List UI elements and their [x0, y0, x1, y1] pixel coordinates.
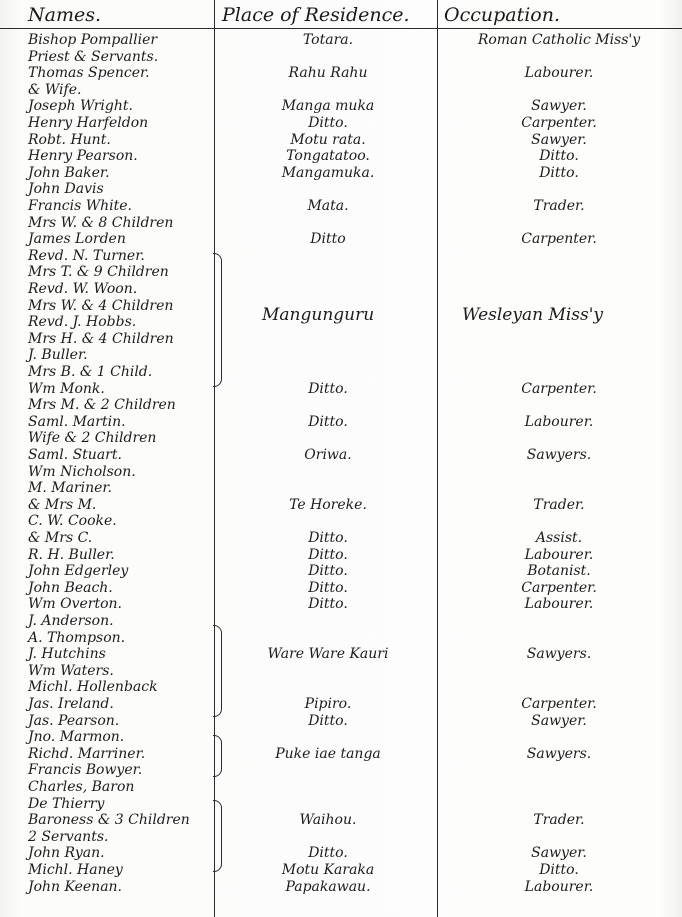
register-row: Francis White.Mata.Trader.	[0, 198, 682, 215]
entry-occupation: Assist.	[440, 530, 678, 547]
register-row: J. Buller.	[0, 347, 682, 364]
entry-name: & Mrs M.	[28, 497, 213, 514]
entry-name: Mrs M. & 2 Children	[28, 397, 213, 414]
entry-occupation: Labourer.	[440, 596, 678, 613]
register-row: Henry HarfeldonDitto.Carpenter.	[0, 115, 682, 132]
entry-place: Ditto.	[218, 563, 438, 580]
entry-name: Mrs B. & 1 Child.	[28, 364, 213, 381]
entry-place: Motu rata.	[218, 132, 438, 149]
register-row: John Beach.Ditto.Carpenter.	[0, 580, 682, 597]
register-row: Jas. Pearson.Ditto.Sawyer.	[0, 713, 682, 730]
register-row: Mrs M. & 2 Children	[0, 397, 682, 414]
register-row: Thomas Spencer.Rahu RahuLabourer.	[0, 65, 682, 82]
entry-name: Revd. W. Woon.	[28, 281, 213, 298]
entry-occupation: Trader.	[440, 198, 678, 215]
entry-name: Mrs H. & 4 Children	[28, 331, 213, 348]
entry-occupation: Ditto.	[440, 148, 678, 165]
entry-name: J. Anderson.	[28, 613, 213, 630]
entry-name: Saml. Martin.	[28, 414, 213, 431]
entry-occupation: Roman Catholic Miss'y	[440, 32, 678, 49]
brace-sawyers	[213, 625, 222, 717]
entry-name: Jas. Ireland.	[28, 696, 213, 713]
entry-occupation: Carpenter.	[440, 381, 678, 398]
entry-place: Ditto.	[218, 547, 438, 564]
register-row: Mrs W. & 8 Children	[0, 215, 682, 232]
header-place: Place of Residence.	[222, 4, 410, 26]
entry-name: J. Hutchins	[28, 646, 213, 663]
register-row: Jno. Marmon.	[0, 729, 682, 746]
register-row: Joseph Wright.Manga mukaSawyer.	[0, 98, 682, 115]
entry-name: Henry Pearson.	[28, 148, 213, 165]
entry-name: James Lorden	[28, 231, 213, 248]
entry-place: Ditto	[218, 231, 438, 248]
entry-place: Ditto.	[218, 115, 438, 132]
entry-occupation: Sawyers.	[440, 746, 678, 763]
register-row: Francis Bowyer.	[0, 762, 682, 779]
entry-place: Ditto.	[218, 381, 438, 398]
register-row: Mrs H. & 4 Children	[0, 331, 682, 348]
entry-occupation: Sawyers.	[440, 447, 678, 464]
register-row: John Ryan.Ditto.Sawyer.	[0, 845, 682, 862]
register-row: John Keenan.Papakawau.Labourer.	[0, 879, 682, 896]
entry-name: & Wife.	[28, 82, 213, 99]
register-row: Bishop PompallierTotara.Roman Catholic M…	[0, 32, 682, 49]
register-row: Michl. Hollenback	[0, 679, 682, 696]
register-row: & Mrs C.Ditto.Assist.	[0, 530, 682, 547]
entry-place: Totara.	[218, 32, 438, 49]
entry-name: R. H. Buller.	[28, 547, 213, 564]
entry-name: John Beach.	[28, 580, 213, 597]
register-row: Henry Pearson.Tongatatoo.Ditto.	[0, 148, 682, 165]
register-row: Wife & 2 Children	[0, 430, 682, 447]
entry-place: Te Horeke.	[218, 497, 438, 514]
entry-place: Waihou.	[218, 812, 438, 829]
entry-name: Wm Monk.	[28, 381, 213, 398]
group-place-label: Mangunguru	[262, 305, 374, 325]
entry-place: Rahu Rahu	[218, 65, 438, 82]
entry-name: Michl. Hollenback	[28, 679, 213, 696]
entry-place: Puke iae tanga	[218, 746, 438, 763]
entry-name: Revd. J. Hobbs.	[28, 314, 213, 331]
register-row: John Baker.Mangamuka.Ditto.	[0, 165, 682, 182]
entry-place: Mata.	[218, 198, 438, 215]
entry-name: John Davis	[28, 181, 213, 198]
entry-place: Ditto.	[218, 414, 438, 431]
register-row: Mrs T. & 9 Children	[0, 264, 682, 281]
entry-name: John Ryan.	[28, 845, 213, 862]
entry-name: Mrs W. & 8 Children	[28, 215, 213, 232]
entry-place: Papakawau.	[218, 879, 438, 896]
entry-name: Wife & 2 Children	[28, 430, 213, 447]
register-row: Revd. W. Woon.	[0, 281, 682, 298]
entry-occupation: Sawyer.	[440, 845, 678, 862]
entry-place: Manga muka	[218, 98, 438, 115]
register-row: Saml. Stuart.Oriwa.Sawyers.	[0, 447, 682, 464]
entry-name: Priest & Servants.	[28, 49, 213, 66]
entry-name: Jas. Pearson.	[28, 713, 213, 730]
register-row: De Thierry	[0, 796, 682, 813]
entry-name: M. Mariner.	[28, 480, 213, 497]
entry-name: Saml. Stuart.	[28, 447, 213, 464]
register-row: C. W. Cooke.	[0, 513, 682, 530]
group-occupation-label: Wesleyan Miss'y	[462, 305, 603, 325]
entry-place: Mangamuka.	[218, 165, 438, 182]
register-row: John Davis	[0, 181, 682, 198]
entry-name: Charles, Baron	[28, 779, 213, 796]
entry-name: Henry Harfeldon	[28, 115, 213, 132]
register-row: Wm Overton.Ditto.Labourer.	[0, 596, 682, 613]
register-row: Revd. N. Turner.	[0, 248, 682, 265]
entry-occupation: Trader.	[440, 497, 678, 514]
register-row: J. Anderson.	[0, 613, 682, 630]
entry-name: Bishop Pompallier	[28, 32, 213, 49]
header-occupation: Occupation.	[444, 4, 560, 26]
register-row: R. H. Buller.Ditto.Labourer.	[0, 547, 682, 564]
entry-place: Ditto.	[218, 530, 438, 547]
entry-name: Baroness & 3 Children	[28, 812, 213, 829]
entry-place: Oriwa.	[218, 447, 438, 464]
entry-place: Pipiro.	[218, 696, 438, 713]
register-row: Wm Monk.Ditto.Carpenter.	[0, 381, 682, 398]
entry-name: Robt. Hunt.	[28, 132, 213, 149]
entry-name: J. Buller.	[28, 347, 213, 364]
entry-place: Ditto.	[218, 713, 438, 730]
register-row: John EdgerleyDitto.Botanist.	[0, 563, 682, 580]
entry-place: Motu Karaka	[218, 862, 438, 879]
entry-name: Wm Nicholson.	[28, 464, 213, 481]
register-row: Baroness & 3 ChildrenWaihou.Trader.	[0, 812, 682, 829]
register-row: Wm Waters.	[0, 663, 682, 680]
header-rule	[0, 28, 682, 29]
entry-occupation: Carpenter.	[440, 231, 678, 248]
entry-name: Michl. Haney	[28, 862, 213, 879]
entry-occupation: Labourer.	[440, 547, 678, 564]
entry-occupation: Trader.	[440, 812, 678, 829]
register-row: Charles, Baron	[0, 779, 682, 796]
entry-place: Ditto.	[218, 596, 438, 613]
entry-occupation: Labourer.	[440, 65, 678, 82]
entry-place: Tongatatoo.	[218, 148, 438, 165]
entry-name: Thomas Spencer.	[28, 65, 213, 82]
entry-name: C. W. Cooke.	[28, 513, 213, 530]
register-row: & Wife.	[0, 82, 682, 99]
entry-name: 2 Servants.	[28, 829, 213, 846]
entry-occupation: Ditto.	[440, 165, 678, 182]
entry-occupation: Sawyer.	[440, 713, 678, 730]
brace-baron	[213, 800, 222, 872]
entry-occupation: Botanist.	[440, 563, 678, 580]
register-row: Robt. Hunt.Motu rata.Sawyer.	[0, 132, 682, 149]
register-row: Michl. HaneyMotu KarakaDitto.	[0, 862, 682, 879]
register-row: & Mrs M.Te Horeke.Trader.	[0, 497, 682, 514]
register-row: M. Mariner.	[0, 480, 682, 497]
register-row: 2 Servants.	[0, 829, 682, 846]
entry-name: De Thierry	[28, 796, 213, 813]
entry-occupation: Carpenter.	[440, 696, 678, 713]
register-row: Priest & Servants.	[0, 49, 682, 66]
entry-name: John Edgerley	[28, 563, 213, 580]
header-names: Names.	[28, 4, 101, 26]
entry-name: Mrs W. & 4 Children	[28, 298, 213, 315]
entry-name: & Mrs C.	[28, 530, 213, 547]
entry-occupation: Sawyers.	[440, 646, 678, 663]
register-row: James LordenDittoCarpenter.	[0, 231, 682, 248]
entry-occupation: Labourer.	[440, 414, 678, 431]
entry-place: Ware Ware Kauri	[218, 646, 438, 663]
entry-name: A. Thompson.	[28, 630, 213, 647]
entry-name: Revd. N. Turner.	[28, 248, 213, 265]
register-row: Wm Nicholson.	[0, 464, 682, 481]
register-row: A. Thompson.	[0, 630, 682, 647]
entry-occupation: Labourer.	[440, 879, 678, 896]
brace-wesleyan	[213, 253, 222, 387]
entry-name: Wm Overton.	[28, 596, 213, 613]
register-row: Richd. Marriner.Puke iae tangaSawyers.	[0, 746, 682, 763]
entry-occupation: Sawyer.	[440, 98, 678, 115]
entry-occupation: Carpenter.	[440, 115, 678, 132]
register-row: Saml. Martin.Ditto.Labourer.	[0, 414, 682, 431]
entry-name: Francis White.	[28, 198, 213, 215]
entry-place: Ditto.	[218, 845, 438, 862]
entry-name: Wm Waters.	[28, 663, 213, 680]
entry-occupation: Carpenter.	[440, 580, 678, 597]
entry-name: Richd. Marriner.	[28, 746, 213, 763]
entry-occupation: Ditto.	[440, 862, 678, 879]
entry-place: Ditto.	[218, 580, 438, 597]
entry-name: John Baker.	[28, 165, 213, 182]
manuscript-page: Names. Place of Residence. Occupation. B…	[0, 0, 682, 917]
entry-name: Jno. Marmon.	[28, 729, 213, 746]
entry-name: Joseph Wright.	[28, 98, 213, 115]
register-row: Jas. Ireland.Pipiro.Carpenter.	[0, 696, 682, 713]
entry-name: Mrs T. & 9 Children	[28, 264, 213, 281]
entry-name: Francis Bowyer.	[28, 762, 213, 779]
entry-occupation: Sawyer.	[440, 132, 678, 149]
register-row: J. HutchinsWare Ware KauriSawyers.	[0, 646, 682, 663]
register-row: Mrs B. & 1 Child.	[0, 364, 682, 381]
entry-name: John Keenan.	[28, 879, 213, 896]
brace-puke	[213, 735, 222, 777]
